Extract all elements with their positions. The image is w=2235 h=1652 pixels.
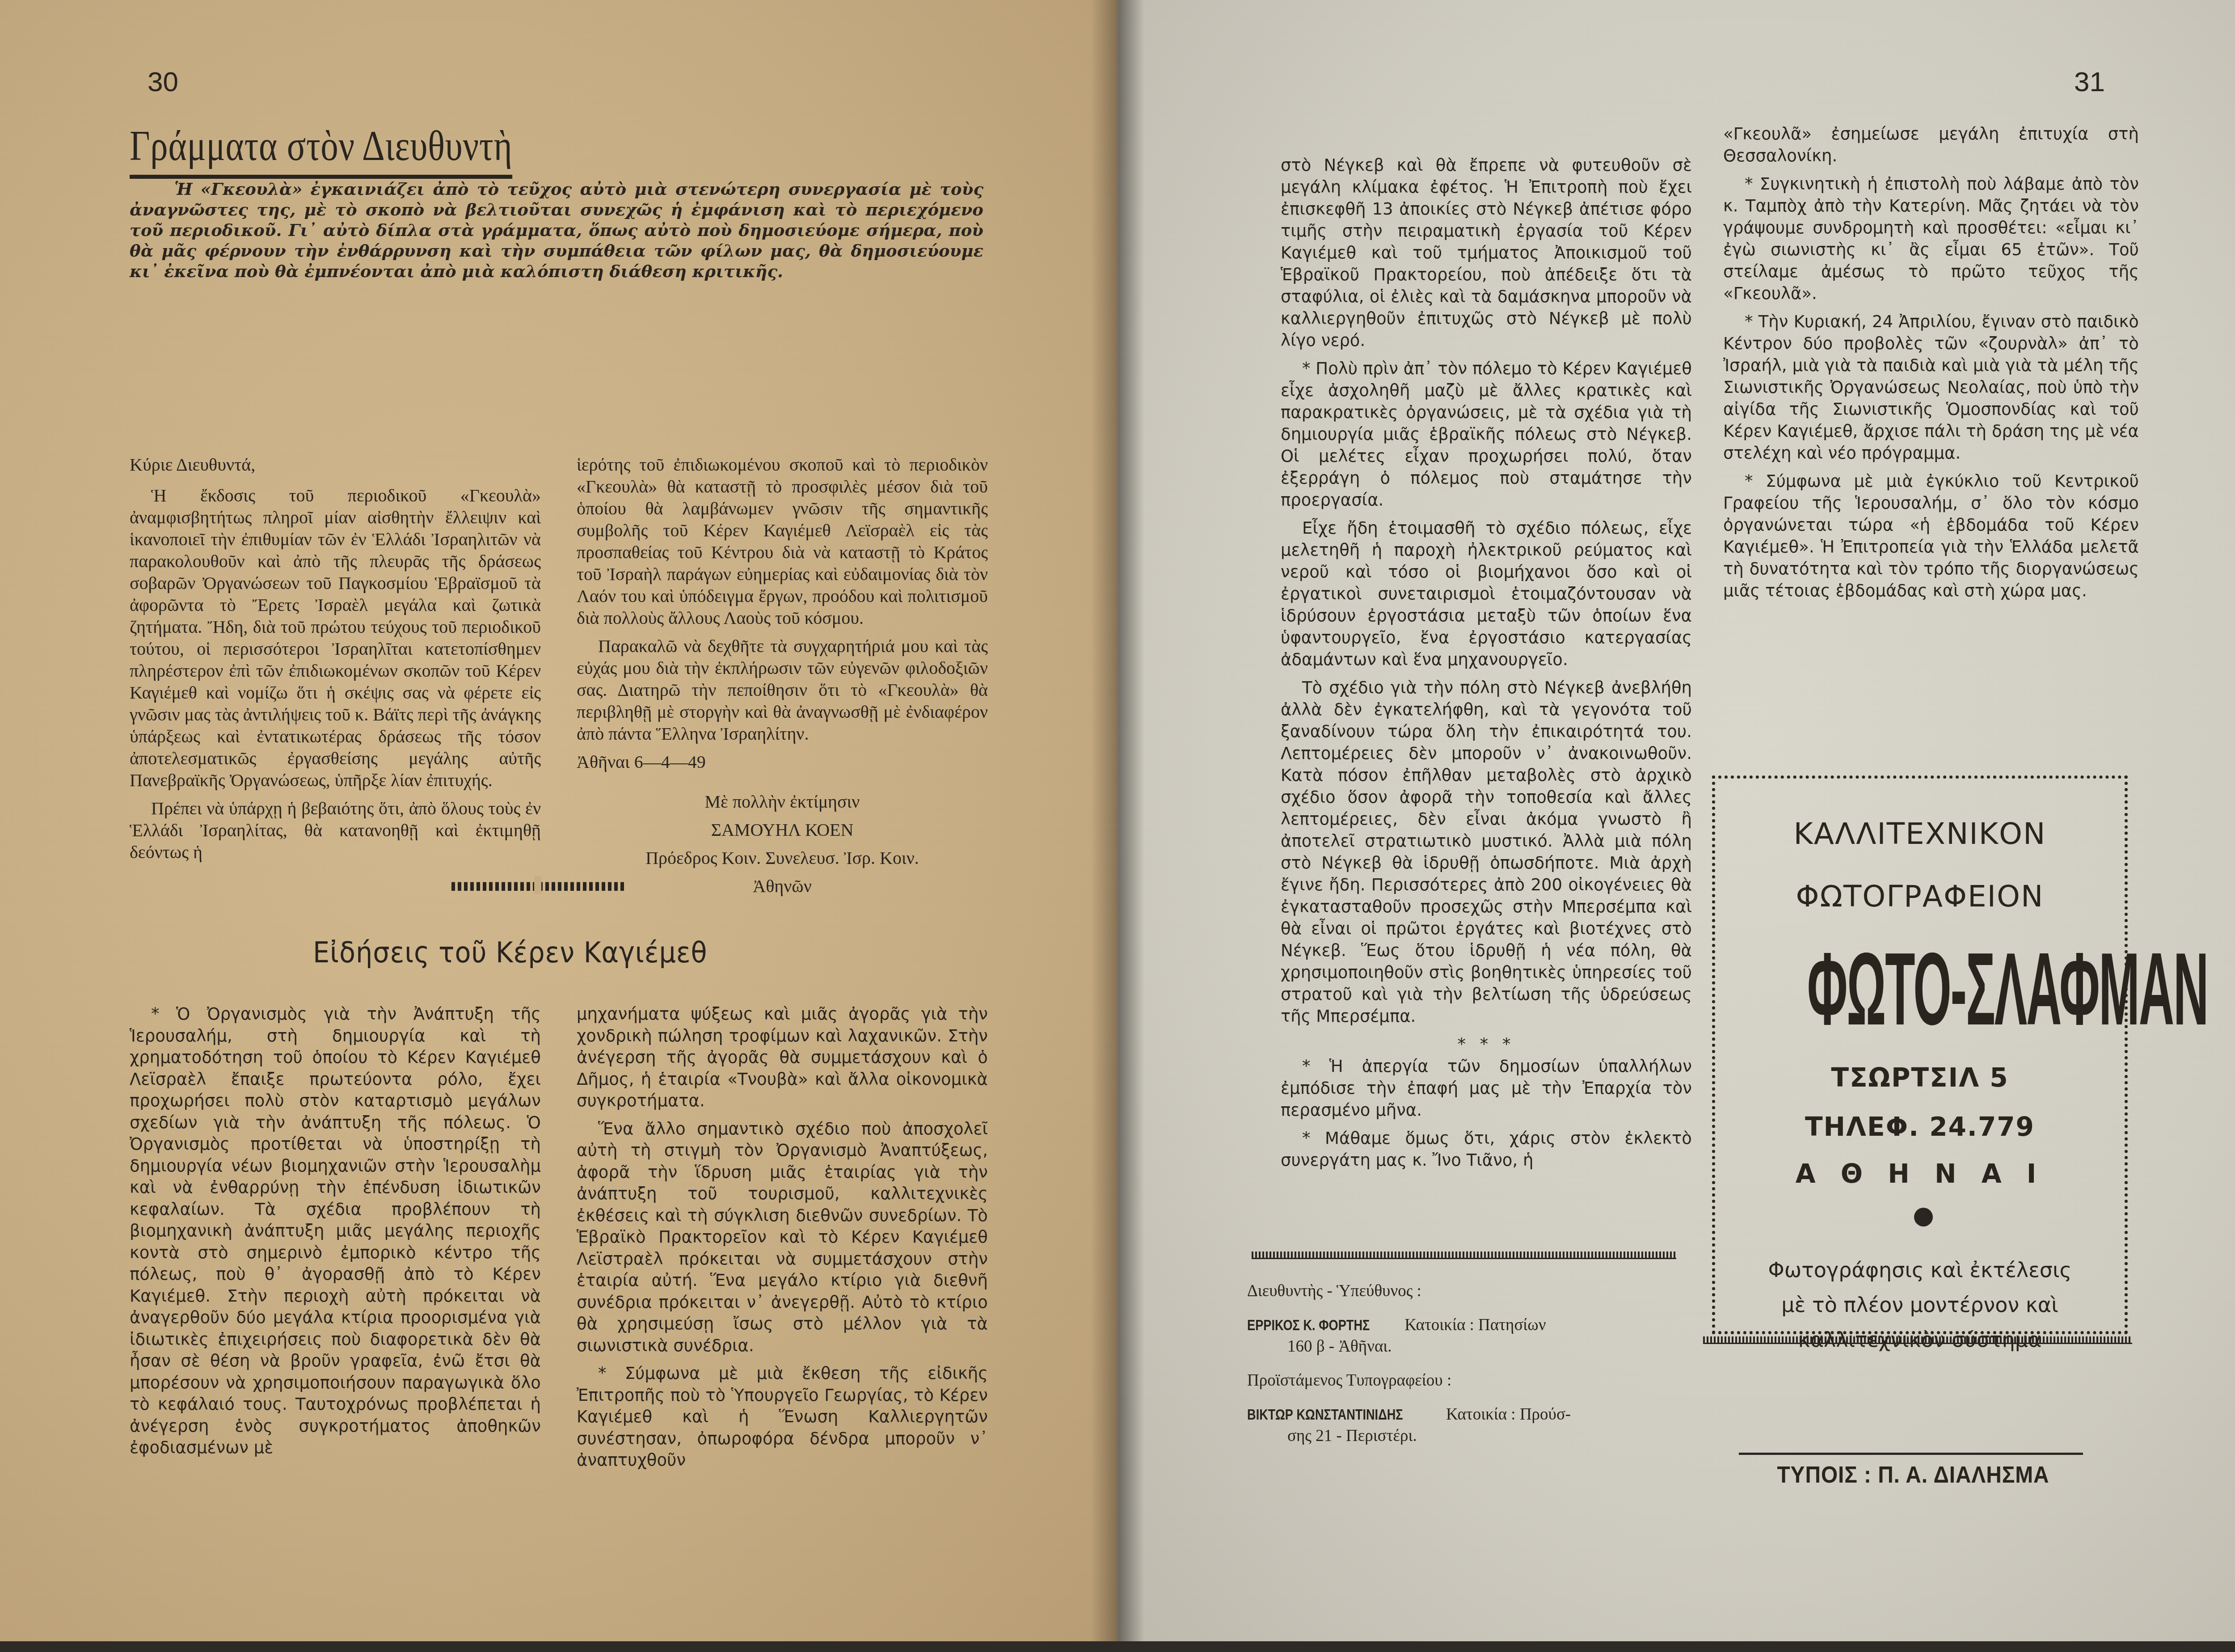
news-section-title: Εἰδήσεις τοῦ Κέρεν Καγιέμεθ bbox=[313, 936, 707, 969]
letter-signatory-city: Ἀθηνῶν bbox=[577, 875, 988, 897]
page-number-left: 30 bbox=[148, 66, 178, 98]
news-paragraph: * Πολὺ πρὶν ἀπ᾽ τὸν πόλεμο τὸ Κέρεν Καγι… bbox=[1281, 358, 1692, 511]
news-paragraph: * Μάθαμε ὅμως ὅτι, χάρις στὸν ἐκλεκτὸ συ… bbox=[1281, 1127, 1692, 1171]
ad-brand-name: ΦΩΤΟ-ΣΛΑΦΜΑΝ bbox=[1807, 931, 2033, 1049]
director-address: Κατοικία : Πατησίων bbox=[1404, 1316, 1546, 1334]
news-paragraph: Ἕνα ἄλλο σημαντικὸ σχέδιο ποὺ ἀποσχολεῖ … bbox=[577, 1118, 988, 1357]
section-divider-gap bbox=[534, 876, 541, 894]
news-column-3: στὸ Νέγκεβ καὶ θὰ ἔπρεπε νὰ φυτευθοῦν σὲ… bbox=[1281, 154, 1692, 1177]
director-address-2: 160 β - Ἀθῆναι. bbox=[1247, 1336, 1681, 1357]
news-paragraph: Τὸ σχέδιο γιὰ τὴν πόλη στὸ Νέγκεβ ἀνεβλή… bbox=[1281, 677, 1692, 1027]
left-page: 30 Γράμματα στὸν Διευθυντὴ Ἡ «Γκεουλὰ» ἐ… bbox=[0, 0, 1117, 1652]
letter-salutation: Κύριε Διευθυντά, bbox=[130, 454, 541, 476]
director-name: ΕΡΡΙΚΟΣ Κ. ΦΟΡΤΗΣ bbox=[1247, 1315, 1370, 1336]
news-paragraph: «Γκεουλᾶ» ἐσημείωσε μεγάλη ἐπιτυχία στὴ … bbox=[1723, 123, 2139, 167]
news-column-2: μηχανήματα ψύξεως καὶ μιᾶς ἀγορᾶς γιὰ τὴ… bbox=[577, 1003, 988, 1478]
photo-studio-advertisement: ΚΑΛΛΙΤΕΧΝΙΚΟΝ ΦΩΤΟΓΡΑΦΕΙΟΝ ΦΩΤΟ-ΣΛΑΦΜΑΝ … bbox=[1712, 775, 2128, 1334]
scan-edge-bottom bbox=[0, 1641, 2235, 1652]
news-paragraph: * Τὴν Κυριακή, 24 Ἀπριλίου, ἔγιναν στὸ π… bbox=[1723, 311, 2139, 464]
ad-heading-line-1: ΚΑΛΛΙΤΕΧΝΙΚΟΝ bbox=[1715, 817, 2125, 851]
news-column-1: * Ὁ Ὀργανισμὸς γιὰ τὴν Ἀνάπτυξη τῆς Ἱερο… bbox=[130, 1003, 541, 1465]
news-paragraph: * Συγκινητικὴ ἡ ἐπιστολὴ ποὺ λάβαμε ἀπὸ … bbox=[1723, 173, 2139, 304]
news-paragraph: * Ἡ ἀπεργία τῶν δημοσίων ὑπαλλήλων ἐμπόδ… bbox=[1281, 1055, 1692, 1121]
news-paragraph: μηχανήματα ψύξεως καὶ μιᾶς ἀγορᾶς γιὰ τὴ… bbox=[577, 1003, 988, 1112]
letter-column-2: ἱερότης τοῦ ἐπιδιωκομένου σκοποῦ καὶ τὸ … bbox=[577, 454, 988, 903]
printer-address-2: σης 21 - Περιστέρι. bbox=[1247, 1425, 1681, 1447]
letters-editorial-intro: Ἡ «Γκεουλὰ» ἐγκαινιάζει ἀπὸ τὸ τεῦχος αὐ… bbox=[130, 179, 983, 282]
bullet-dot-icon bbox=[1914, 1208, 1933, 1226]
news-paragraph: * Ὁ Ὀργανισμὸς γιὰ τὴν Ἀνάπτυξη τῆς Ἱερο… bbox=[130, 1003, 541, 1459]
letter-paragraph: ἱερότης τοῦ ἐπιδιωκομένου σκοποῦ καὶ τὸ … bbox=[577, 454, 988, 629]
letter-paragraph: Ἡ ἔκδοσις τοῦ περιοδικοῦ «Γκεουλὰ» ἀναμφ… bbox=[130, 485, 541, 791]
news-separator-stars: * * * bbox=[1281, 1033, 1692, 1055]
letter-date: Ἀθῆναι 6—4—49 bbox=[577, 751, 988, 773]
news-paragraph: * Σύμφωνα μὲ μιὰ ἔκθεση τῆς εἰδικῆς Ἐπιτ… bbox=[577, 1363, 988, 1471]
news-paragraph: στὸ Νέγκεβ καὶ θὰ ἔπρεπε νὰ φυτευθοῦν σὲ… bbox=[1281, 154, 1692, 351]
masthead-wavy-rule bbox=[1252, 1252, 1676, 1259]
footer-rule bbox=[1739, 1453, 2083, 1455]
ad-city: Α Θ Η Ν Α Ι bbox=[1715, 1159, 2125, 1189]
ad-bottom-wavy-rule bbox=[1703, 1336, 2132, 1344]
letter-signatory: ΣΑΜΟΥΗΛ ΚΟΕΝ bbox=[577, 819, 988, 841]
printer-credit: ΤΥΠΟΙΣ : Π. Α. ΔΙΑΛΗΣΜΑ bbox=[1753, 1462, 2074, 1488]
ad-phone: ΤΗΛΕΦ. 24.779 bbox=[1715, 1112, 2125, 1142]
ad-address: ΤΣΩΡΤΣΙΛ 5 bbox=[1715, 1062, 2125, 1093]
letters-section-title: Γράμματα στὸν Διευθυντὴ bbox=[130, 121, 512, 179]
letter-column-1: Κύριε Διευθυντά, Ἡ ἔκδοσις τοῦ περιοδικο… bbox=[130, 454, 541, 869]
printer-name: ΒΙΚΤΩΡ ΚΩΝΣΤΑΝΤΙΝΙΔΗΣ bbox=[1247, 1404, 1403, 1425]
page-number-right: 31 bbox=[2074, 66, 2105, 98]
letter-signatory-title: Πρόεδρος Κοιν. Συνελευσ. Ἰσρ. Κοιν. bbox=[577, 847, 988, 869]
letter-paragraph: Πρέπει νὰ ὑπάρχῃ ἡ βεβαιότης ὅτι, ἀπὸ ὅλ… bbox=[130, 797, 541, 863]
news-paragraph: * Σύμφωνα μὲ μιὰ ἐγκύκλιο τοῦ Κεντρικοῦ … bbox=[1723, 470, 2139, 602]
ad-heading-line-2: ΦΩΤΟΓΡΑΦΕΙΟΝ bbox=[1715, 879, 2125, 914]
news-paragraph: Εἶχε ἤδη ἑτοιμασθῆ τὸ σχέδιο πόλεως, εἶχ… bbox=[1281, 517, 1692, 670]
letter-paragraph: Παρακαλῶ νὰ δεχθῆτε τὰ συγχαρητήριά μου … bbox=[577, 635, 988, 745]
printer-address: Κατοικία : Προύσ- bbox=[1446, 1405, 1571, 1424]
printer-label: Προϊστάμενος Τυπογραφείου : bbox=[1247, 1370, 1681, 1391]
director-label: Διευθυντὴς - Ὑπεύθυνος : bbox=[1247, 1281, 1681, 1302]
letter-closing: Μὲ πολλὴν ἐκτίμησιν bbox=[577, 791, 988, 813]
masthead-credits: Διευθυντὴς - Ὑπεύθυνος : ΕΡΡΙΚΟΣ Κ. ΦΟΡΤ… bbox=[1247, 1281, 1681, 1447]
news-column-4: «Γκεουλᾶ» ἐσημείωσε μεγάλη ἐπιτυχία στὴ … bbox=[1723, 123, 2139, 608]
book-gutter bbox=[1091, 0, 1144, 1652]
